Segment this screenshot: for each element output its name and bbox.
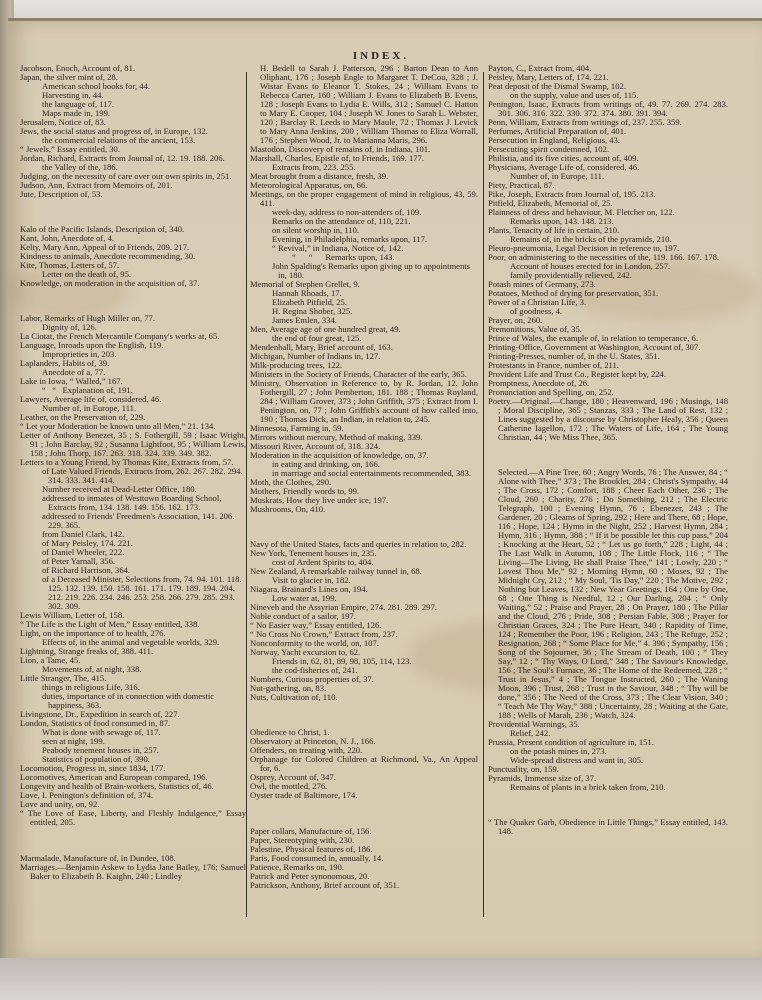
index-subentry: duties, importance of in connection with… [20,692,246,710]
section-gap [488,801,728,810]
section-gap [250,809,478,818]
index-entry: Knowledge, on moderation in the acquisit… [20,279,246,288]
index-entry: H. Bedell to Sarah J. Patterson, 296 ; B… [250,64,478,145]
index-entry: “ The Quaker Garb, Obedience in Little T… [488,818,728,836]
column-divider [246,72,247,917]
section-gap [250,523,478,532]
index-entry: Letter of Anthony Benezet, 35 ; S. Fothe… [20,431,246,458]
index-entry: Penington, Isaac, Extracts from writings… [488,100,728,118]
section-gap [250,711,478,720]
index-entry: Meetings, on the proper engagement of mi… [250,190,478,208]
index-entry: Nuts, Cultivation of, 110. [250,693,478,702]
index-column-2: H. Bedell to Sarah J. Patterson, 296 ; B… [250,64,478,890]
index-entry: Patrickson, Anthony, Brief account of, 3… [250,881,478,890]
section-gap [488,451,728,460]
index-entry: Selected.—A Pine Tree, 60 ; Angry Words,… [488,468,728,720]
index-subentry: Remains of plants in a brick taken from,… [488,783,728,792]
section-gap [20,297,246,306]
index-entry: Oyster trade of Baltimore, 174. [250,791,478,800]
section-gap [20,208,246,217]
index-subentry: addressed to inmates of Westtown Boardin… [20,494,246,512]
section-gap [20,836,246,845]
index-entry: “ The Love of Ease, Liberty, and Fleshly… [20,809,246,827]
index-entry: Ministry, Observation in Reference to, b… [250,379,478,424]
index-subentry: of Late Valued Friends, Extracts from, 2… [20,467,246,485]
index-subentry: of a Deceased Minister, Selections from,… [20,575,246,611]
index-entry: Mushrooms, On, 410. [250,505,478,514]
index-entry: Poetry.—Original.—Change, 180 ; Heavenwa… [488,397,728,442]
index-column-1: Jacobson, Enoch, Account of, 81.Japan, t… [20,64,246,881]
column-divider [483,72,484,917]
index-column-3: Payton, C., Extract from, 404.Peisley, M… [488,64,728,836]
page-title: INDEX. [0,50,762,62]
index-entry: Orphanage for Colored Children at Richmo… [250,755,478,773]
index-entry: Jute, Description of, 53. [20,190,246,199]
background-bottom [0,958,762,1000]
index-entry: Marriages.—Benjamin Askew to Lydia Jane … [20,863,246,881]
index-subentry: John Spalding's Remarks upon giving up t… [250,262,478,280]
index-subentry: addressed to Friends' Freedmen's Associa… [20,512,246,530]
